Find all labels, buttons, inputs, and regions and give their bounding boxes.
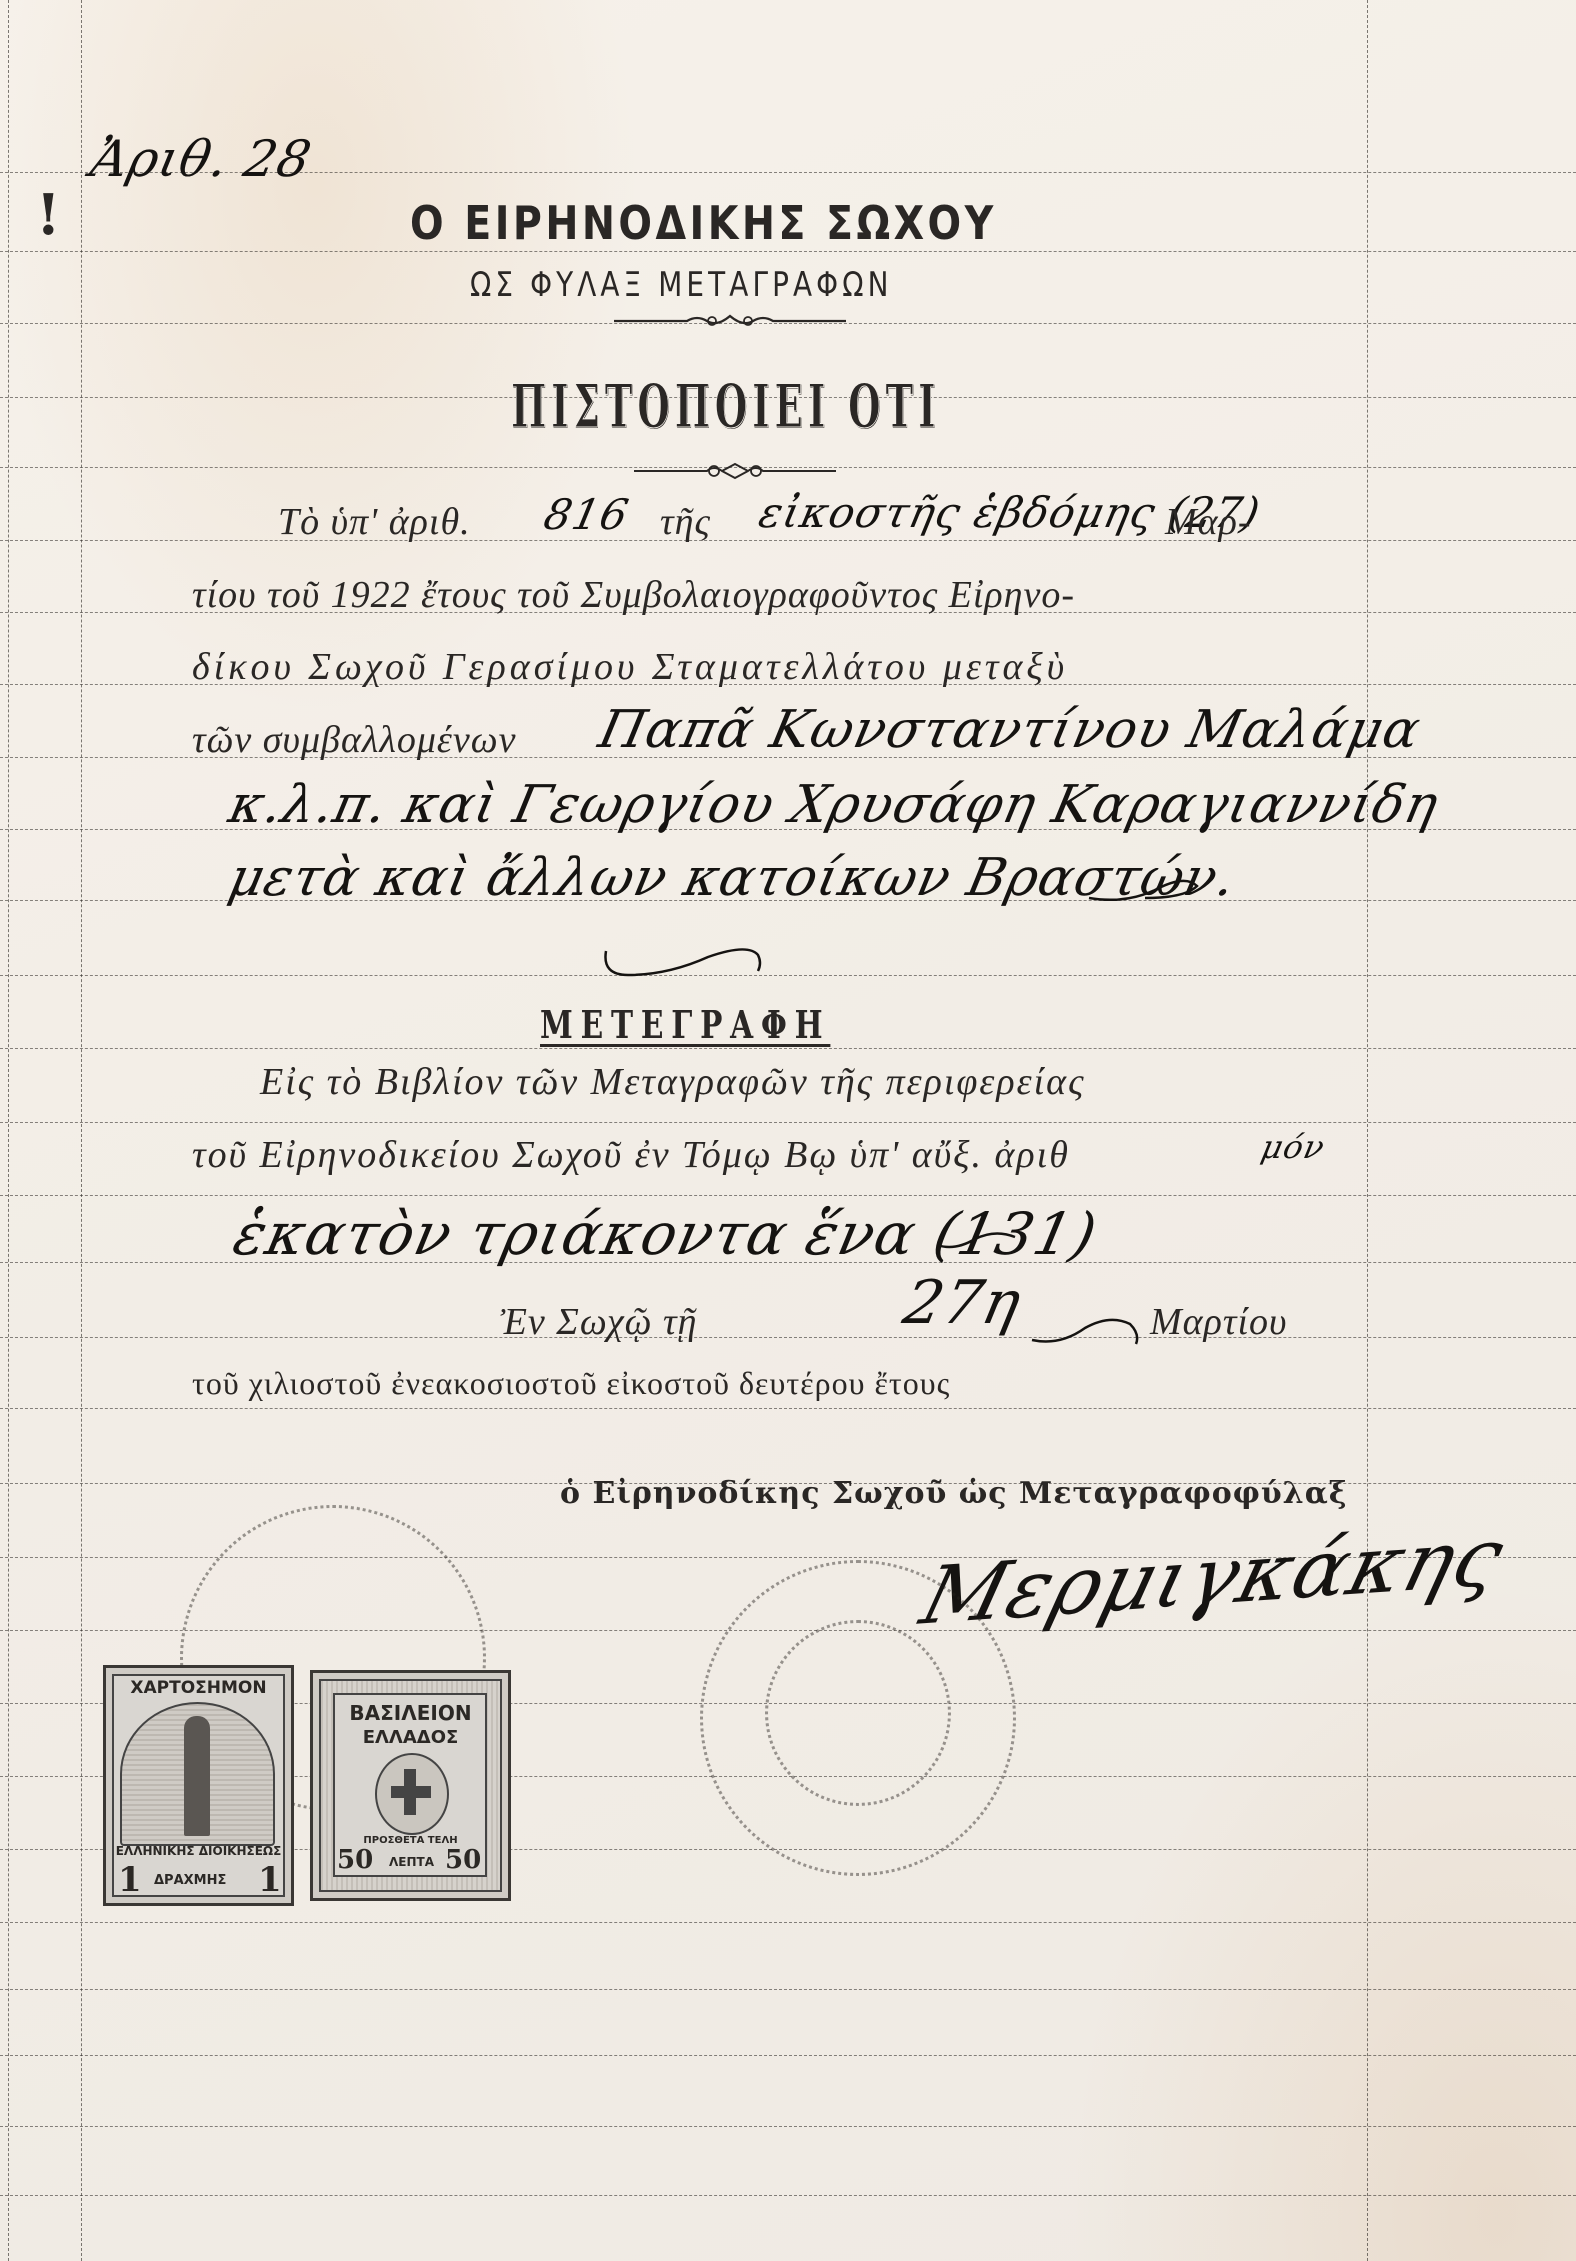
ruled-line (0, 2055, 1576, 2056)
dateline-month: Μαρτίου (1150, 1300, 1287, 1344)
stamp-value-left: 1 (118, 1860, 142, 1900)
flourish-icon (1085, 868, 1205, 908)
margin-mark: ! (36, 182, 61, 248)
body-line-1-of: τῆς (660, 500, 711, 544)
transcription-line-2: τοῦ Εἰρηνοδικείου Σωχοῦ ἐν Τόμῳ Βῳ ὑπ' α… (192, 1133, 1070, 1177)
ruled-line (0, 1922, 1576, 1923)
signatory-role: ὁ Εἰρηνοδίκης Σωχοῦ ὡς Μεταγραφοφύλαξ (560, 1476, 1348, 1511)
body-line-1-suffix: Μαρ- (1165, 500, 1252, 544)
stamp-value-right: 1 (258, 1860, 282, 1900)
body-line-2: τίου τοῦ 1922 ἔτους τοῦ Συμβολαιογραφοῦν… (192, 573, 1075, 617)
party-one: Παπᾶ Κωνσταντίνου Μαλάμα (594, 700, 1426, 760)
margin-note: Ἀριθ. 28 (86, 130, 317, 188)
dateline-place: Ἐν Σωχῷ τῇ (500, 1300, 697, 1344)
flourish-icon (935, 1225, 1025, 1255)
ornament-divider-icon (612, 310, 848, 332)
flourish-icon (1030, 1310, 1140, 1350)
ruled-line (0, 975, 1576, 976)
revenue-stamp-1-drachma: ΧΑΡΤΟΣΗΜΟΝ ΕΛΛΗΝΙΚΗΣ ΔΙΟΙΚΗΣΕΩΣ 1 ΔΡΑΧΜΗ… (103, 1665, 294, 1906)
deed-number: 816 (540, 490, 634, 539)
stamp-denomination: ΔΡΑΧΜΗΣ (154, 1873, 226, 1888)
ruled-line (0, 1989, 1576, 1990)
flourish-icon (598, 945, 778, 985)
transcription-heading: ΜΕΤΕΓΡΑΦΗ (540, 1002, 830, 1047)
ruled-line (0, 1122, 1576, 1123)
coat-of-arms-icon (375, 1753, 449, 1835)
stamp-bottom-label: ΕΛΛΗΝΙΚΗΣ ΔΙΟΙΚΗΣΕΩΣ (106, 1844, 291, 1858)
ruled-line (0, 2126, 1576, 2127)
dateline-day: 27η (898, 1268, 1028, 1338)
certifies-heading: ΠΙΣΤΟΠΟΙΕΙ ΟΤΙ (511, 372, 940, 442)
stamp-top-label: ΒΑΣΙΛΕΙΟΝ (313, 1701, 508, 1725)
stamp-value-left: 50 (337, 1845, 373, 1875)
body-line-3: δίκου Σωχοῦ Γερασίμου Σταματελλάτου μετα… (192, 645, 1068, 689)
official-seal-right-inner (765, 1620, 951, 1806)
body-line-1-prefix: Τὸ ὑπ' ἀριθ. (278, 500, 471, 544)
party-two: κ.λ.π. καὶ Γεωργίου Χρυσάφη Καραγιαννίδη (224, 775, 1444, 835)
ruled-line (0, 540, 1576, 541)
transcription-line-1: Εἰς τὸ Βιβλίον τῶν Μεταγραφῶν τῆς περιφε… (260, 1060, 1086, 1104)
transcription-line-2-hand: μόν (1258, 1128, 1329, 1166)
ornament-divider-icon (632, 461, 838, 481)
stamp-figure-icon (120, 1702, 275, 1846)
signature: Μερμιγκάκης (912, 1510, 1513, 1642)
ruled-line (0, 1337, 1576, 1338)
ruled-line (0, 251, 1576, 252)
document-page: Ἀριθ. 28 ! Ο ΕΙΡΗΝΟΔΙΚΗΣ ΣΩΧΟΥ ΩΣ ΦΥΛΑΞ … (0, 0, 1576, 2261)
office-subtitle: ΩΣ ΦΥΛΑΞ ΜΕΤΑΓΡΑΦΩΝ (470, 265, 893, 305)
ruled-line (0, 1195, 1576, 1196)
ruled-line (0, 1408, 1576, 1409)
ruled-line (0, 2195, 1576, 2196)
dateline-year: τοῦ χιλιοστοῦ ἐνεακοσιοστοῦ εἰκοστοῦ δευ… (192, 1365, 950, 1402)
body-line-4-prefix: τῶν συμβαλλομένων (192, 718, 516, 762)
stamp-value-right: 50 (445, 1845, 481, 1875)
ruled-line (0, 1048, 1576, 1049)
office-title: Ο ΕΙΡΗΝΟΔΙΚΗΣ ΣΩΧΟΥ (410, 196, 997, 250)
stamp-denomination: ΛΕΠΤΑ (389, 1855, 434, 1869)
revenue-stamp-50-lepta: ΒΑΣΙΛΕΙΟΝ ΕΛΛΑΔΟΣ ΠΡΟΣΘΕΤΑ ΤΕΛΗ 50 ΛΕΠΤΑ… (310, 1670, 511, 1901)
stamp-second-label: ΕΛΛΑΔΟΣ (313, 1727, 508, 1748)
stamp-top-label: ΧΑΡΤΟΣΗΜΟΝ (106, 1678, 291, 1698)
